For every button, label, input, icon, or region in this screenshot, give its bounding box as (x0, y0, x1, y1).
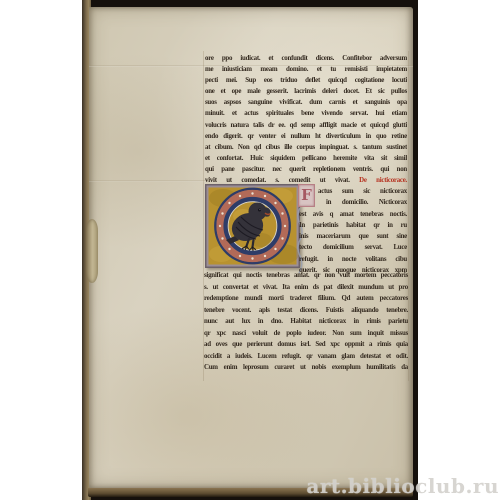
text-line: actus sum sic nicticorax (299, 186, 407, 197)
text-line: tecto domicilium servat. Luce (299, 242, 407, 253)
text-line: me iniusticiam meam domino. et tu remisi… (205, 64, 407, 75)
text-line: et confortat. Huic siquidem pellicano he… (205, 153, 407, 164)
text-line: vivit ut comedat. s. comedit ut vivat. (205, 177, 359, 184)
vellum-edge-tab (86, 219, 98, 283)
manuscript-page: ore ppo iudicat. et confundit dicens. Co… (89, 7, 413, 488)
text-line: qr xpc nasci voluit de poplo iudeor. Non… (204, 328, 408, 340)
text-line: pecti mei. Sup eos triduo deflet quicqd … (205, 75, 407, 86)
text-line: nunc aut lux in dno. Habitat nicticorax … (204, 316, 408, 328)
text-line: qui pane pascitur. nec querit repletione… (205, 164, 407, 175)
text-line: est avis q amat tenebras noctis. (299, 209, 407, 220)
text-line: at cibum. Non qd cibus ille corpus impin… (205, 142, 407, 153)
text-line: endo digerit. qr venter ei nullum ht div… (205, 131, 407, 142)
text-line: suos aspsos sanguine vivificat. dum carn… (205, 97, 407, 108)
text-line: refugit. in nocte volitans cibu (299, 254, 407, 265)
chapter-rubric: De nicticorace. (359, 177, 407, 184)
text-line: significat qui noctis tenebras amat. qr … (204, 270, 408, 282)
text-line: redemptione mundi morti traderet filium.… (204, 293, 408, 305)
text-line: Cum enim leprosum curaret ut nobis exemp… (204, 362, 408, 374)
text-line: In parietinis habitat qr in ru (299, 220, 407, 231)
text-line: one et ope male gesserit. lacrimis deler… (205, 86, 407, 97)
text-line: ad oves que perierunt domus isrl. Sed xp… (204, 339, 408, 351)
bird-miniature (205, 184, 300, 268)
nycticorax-owl-icon (205, 184, 300, 268)
text-line: ore ppo iudicat. et confundit dicens. Co… (205, 53, 407, 64)
ruling-line (408, 51, 409, 381)
text-line: minuit. et actus spirituales bene vivend… (205, 108, 407, 119)
text-line: volucris natura talis dr ee. qd semp aff… (205, 120, 407, 131)
text-line: s. ut convertat et vivat. Ita enim ds pa… (204, 282, 408, 294)
book-photo: ore ppo iudicat. et confundit dicens. Co… (82, 0, 418, 500)
text-line: occidit a iudeis. Lucem refugit. qr vana… (204, 351, 408, 363)
text-block-pelican: ore ppo iudicat. et confundit dicens. Co… (205, 53, 407, 186)
text-line: tenebre vocent. apls testat dicens. Fuis… (204, 305, 408, 317)
text-block-nycticorax-column: actus sum sic nicticorax in domicilio. N… (299, 186, 407, 276)
text-block-nycticorax-lower: significat qui noctis tenebras amat. qr … (204, 270, 408, 374)
site-watermark: art.biblioclub.ru (306, 474, 499, 498)
parchment-crease (89, 180, 207, 182)
text-line: in domicilio. Nicticorax (299, 197, 407, 208)
text-line: inis maceriarum que sunt sine (299, 231, 407, 242)
